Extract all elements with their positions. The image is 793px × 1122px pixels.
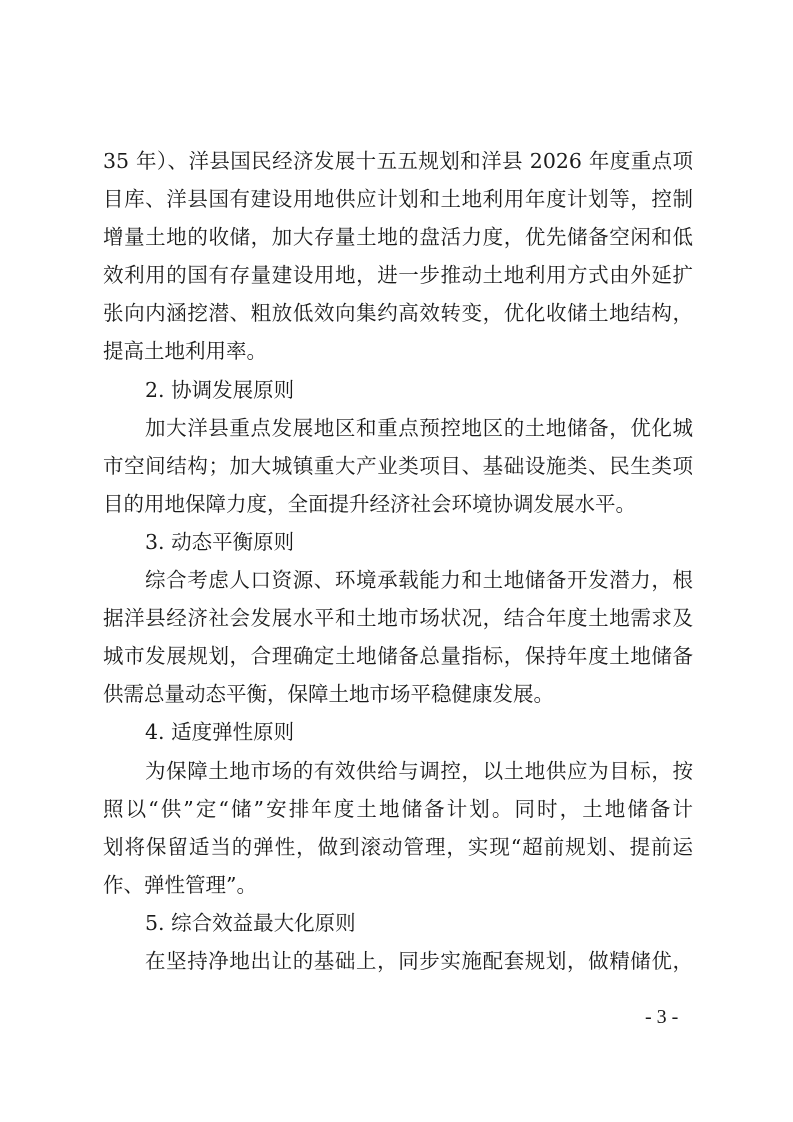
- paragraph-line: 据洋县经济社会发展水平和土地市场状况，结合年度土地需求及: [103, 599, 693, 637]
- section-heading-maximum-benefit: 5. 综合效益最大化原则: [103, 904, 693, 942]
- paragraph-line: 在坚持净地出让的基础上，同步实施配套规划，做精储优，: [103, 942, 693, 980]
- paragraph-line: 划将保留适当的弹性，做到滚动管理，实现“超前规划、提前运: [103, 828, 693, 866]
- section-heading-moderate-flexibility: 4. 适度弹性原则: [103, 713, 693, 751]
- paragraph-line: 张向内涵挖潜、粗放低效向集约高效转变，优化收储土地结构，: [103, 294, 693, 332]
- paragraph-line: 综合考虑人口资源、环境承载能力和土地储备开发潜力，根: [103, 561, 693, 599]
- paragraph-line: 目的用地保障力度，全面提升经济社会环境协调发展水平。: [103, 485, 693, 523]
- paragraph-line: 加大洋县重点发展地区和重点预控地区的土地储备，优化城: [103, 409, 693, 447]
- paragraph-line: 效利用的国有存量建设用地，进一步推动土地利用方式由外延扩: [103, 256, 693, 294]
- paragraph-line: 照以“供”定“储”安排年度土地储备计划。同时，土地储备计: [103, 790, 693, 828]
- paragraph-line: 35 年）、洋县国民经济发展十五五规划和洋县 2026 年度重点项: [103, 142, 693, 180]
- paragraph-line: 为保障土地市场的有效供给与调控，以土地供应为目标，按: [103, 752, 693, 790]
- paragraph-line: 供需总量动态平衡，保障土地市场平稳健康发展。: [103, 675, 693, 713]
- paragraph-line: 作、弹性管理”。: [103, 866, 693, 904]
- paragraph-line: 城市发展规划，合理确定土地储备总量指标，保持年度土地储备: [103, 637, 693, 675]
- section-heading-dynamic-balance: 3. 动态平衡原则: [103, 523, 693, 561]
- paragraph-line: 市空间结构；加大城镇重大产业类项目、基础设施类、民生类项: [103, 447, 693, 485]
- paragraph-line: 目库、洋县国有建设用地供应计划和土地利用年度计划等，控制: [103, 180, 693, 218]
- paragraph-line: 增量土地的收储，加大存量土地的盘活力度，优先储备空闲和低: [103, 218, 693, 256]
- paragraph-line: 提高土地利用率。: [103, 332, 693, 370]
- section-heading-coordinated-development: 2. 协调发展原则: [103, 371, 693, 409]
- body-text: 35 年）、洋县国民经济发展十五五规划和洋县 2026 年度重点项 目库、洋县国…: [103, 142, 693, 980]
- document-page: 35 年）、洋县国民经济发展十五五规划和洋县 2026 年度重点项 目库、洋县国…: [0, 0, 793, 1122]
- page-number: - 3 -: [645, 1003, 678, 1031]
